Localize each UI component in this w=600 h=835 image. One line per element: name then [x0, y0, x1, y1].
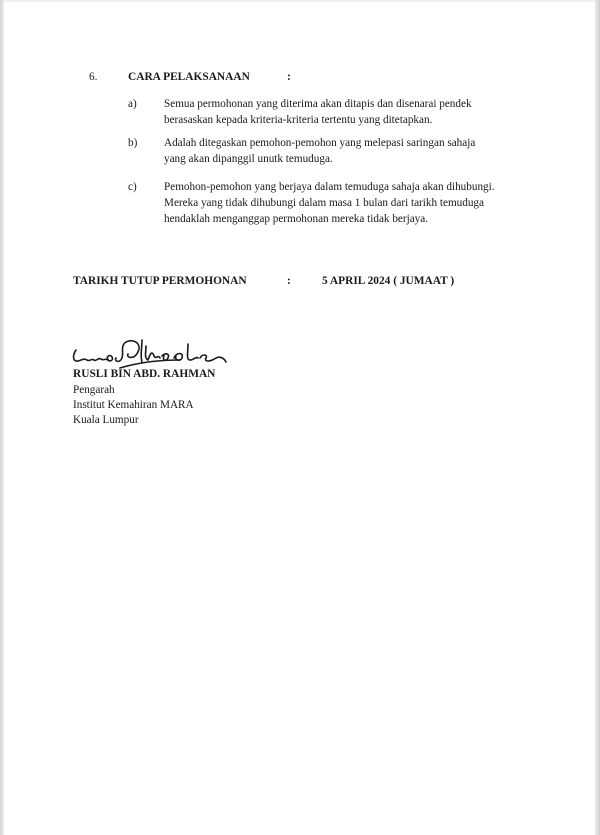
section-number: 6.: [89, 69, 97, 85]
item-line: Mereka yang tidak dihubungi dalam masa 1…: [164, 195, 495, 211]
item-label: a): [128, 96, 137, 112]
page-right-edge: [595, 0, 600, 835]
signer-title: Pengarah: [73, 382, 115, 398]
item-line: yang akan dipanggil unutk temuduga.: [164, 151, 475, 167]
item-text: Pemohon-pemohon yang berjaya dalam temud…: [164, 179, 495, 227]
signer-name: RUSLI BIN ABD. RAHMAN: [73, 366, 215, 382]
closing-date-colon: :: [287, 273, 291, 289]
item-line: hendaklah menganggap permohonan mereka t…: [164, 211, 495, 227]
item-line: berasaskan kepada kriteria-kriteria tert…: [164, 112, 472, 128]
item-label: b): [128, 135, 137, 151]
closing-date-label: TARIKH TUTUP PERMOHONAN: [73, 273, 247, 289]
item-line: Pemohon-pemohon yang berjaya dalam temud…: [164, 179, 495, 195]
section-title: CARA PELAKSANAAN: [128, 69, 250, 85]
item-line: Semua permohonan yang diterima akan dita…: [164, 96, 472, 112]
item-text: Adalah ditegaskan pemohon-pemohon yang m…: [164, 135, 475, 167]
item-label: c): [128, 179, 137, 195]
page-left-edge: [0, 0, 4, 835]
item-text: Semua permohonan yang diterima akan dita…: [164, 96, 472, 128]
page-top-edge: [0, 0, 600, 2]
signer-location: Kuala Lumpur: [73, 412, 139, 428]
signer-organization: Institut Kemahiran MARA: [73, 397, 194, 413]
section-colon: :: [287, 69, 291, 85]
closing-date-value: 5 APRIL 2024 ( JUMAAT ): [322, 273, 454, 289]
item-line: Adalah ditegaskan pemohon-pemohon yang m…: [164, 135, 475, 151]
